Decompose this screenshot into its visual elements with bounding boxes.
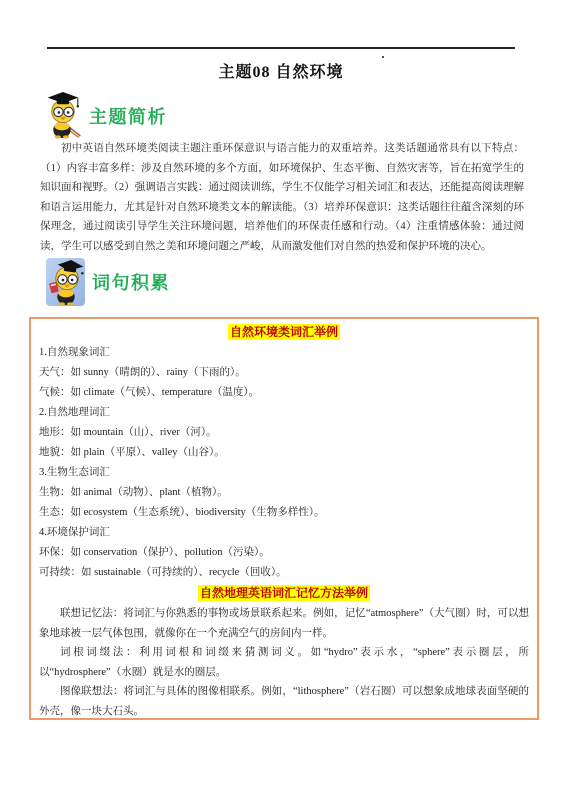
- vocab-line: 天气：如 sunny（晴朗的）、rainy（下雨的）。: [39, 363, 529, 383]
- vocab-line: 2.自然地理词汇: [39, 403, 529, 423]
- section-label-topic-analysis: 主题简析: [89, 103, 167, 129]
- vocab-line: 3.生物生态词汇: [39, 463, 529, 483]
- vocab-box-heading-1: 自然环境类词汇举例: [39, 324, 529, 340]
- top-rule-line: [47, 47, 515, 49]
- vocab-heading-1-highlight: 自然环境类词汇举例: [228, 324, 340, 340]
- memory-method-paragraph: 词根词缀法：利用词根和词缀来猜测词义。如“hydro”表示水，“sphere”表…: [39, 643, 529, 682]
- vocab-line: 生物：如 animal（动物）、plant（植物）。: [39, 483, 529, 503]
- vocab-heading-2-highlight: 自然地理英语词汇记忆方法举例: [198, 585, 370, 601]
- vocab-line: 地形：如 mountain（山）、river（河）。: [39, 423, 529, 443]
- document-page: 主题08 自然环境 主题: [0, 0, 562, 800]
- vocab-line: 4.环境保护词汇: [39, 523, 529, 543]
- mascot-book-icon: [46, 258, 85, 306]
- vocab-line: 气候：如 climate（气候）、temperature（温度）。: [39, 383, 529, 403]
- vocab-line: 生态：如 ecosystem（生态系统）、biodiversity（生物多样性）…: [39, 503, 529, 523]
- section-header-vocab-accumulation: 词句积累: [46, 258, 170, 306]
- memory-method-paragraph: 图像联想法：将词汇与具体的图像相联系。例如，“lithosphere”（岩石圈）…: [39, 682, 529, 720]
- mascot-scholar-icon: [46, 92, 82, 139]
- section-label-vocab-accumulation: 词句积累: [92, 269, 170, 295]
- page-title: 主题08 自然环境: [0, 59, 562, 82]
- memory-method-paragraph: 联想记忆法：将词汇与你熟悉的事物或场景联系起来。例如，记忆“atmosphere…: [39, 604, 529, 643]
- vocab-line: 地貌：如 plain（平原）、valley（山谷）。: [39, 443, 529, 463]
- vocab-line: 环保：如 conservation（保护）、pollution（污染）。: [39, 543, 529, 563]
- vocab-line: 可持续：如 sustainable（可持续的）、recycle（回收）。: [39, 563, 529, 583]
- intro-paragraph: 初中英语自然环境类阅读主题注重环保意识与语言能力的双重培养。这类话题通常具有以下…: [40, 139, 524, 256]
- vocab-box-heading-2: 自然地理英语词汇记忆方法举例: [39, 585, 529, 601]
- vocab-box: 自然环境类词汇举例 1.自然现象词汇 天气：如 sunny（晴朗的）、rainy…: [29, 317, 539, 720]
- section-header-topic-analysis: 主题简析: [46, 92, 167, 139]
- vocab-line: 1.自然现象词汇: [39, 343, 529, 363]
- stray-dot-mark: [382, 56, 384, 58]
